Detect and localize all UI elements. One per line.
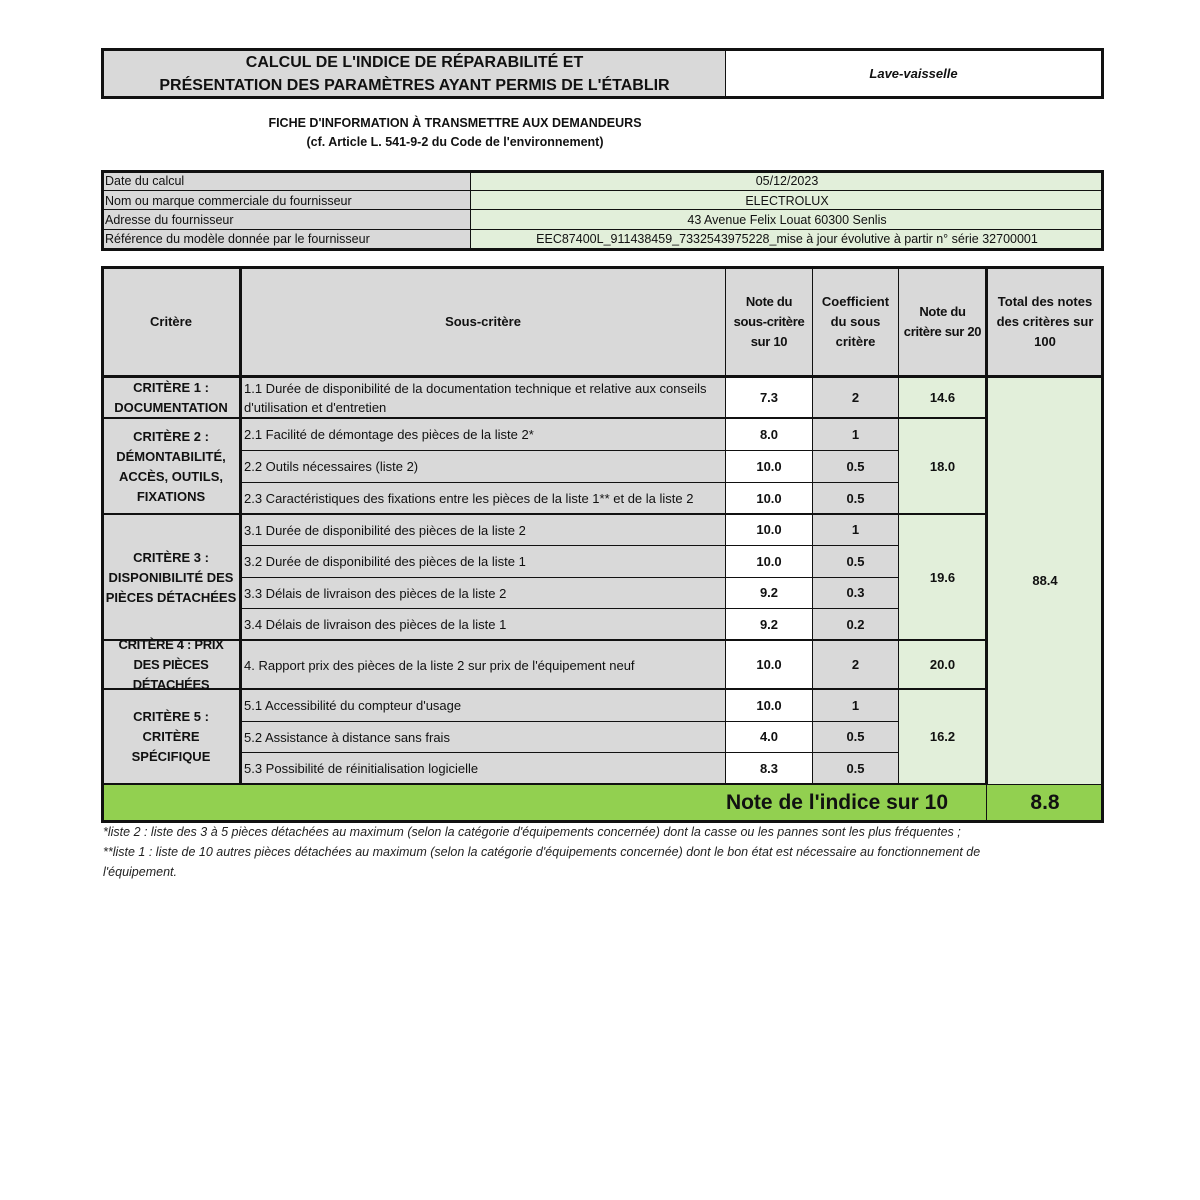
column-separator [239,267,242,822]
sub-criterion-label-text: 4. Rapport prix des pièces de la liste 2… [244,656,635,675]
sub-criterion-label: 3.2 Durée de disponibilité des pièces de… [240,545,726,578]
sub-criterion-score-text: 4.0 [760,727,778,747]
header-note-sous-critere: Note du sous-critère sur 10 [725,267,813,376]
sub-criterion-label-text: 3.3 Délais de livraison des pièces de la… [244,584,506,603]
header-sous-critere-text: Sous-critère [445,312,521,332]
criterion-score-20: 19.6 [898,514,987,641]
info-label-text: Date du calcul [105,171,184,191]
header-total: Total des notes des critères sur 100 [986,267,1104,376]
subtitle-line-2: (cf. Article L. 541-9-2 du Code de l'env… [200,133,710,152]
info-label-text: Adresse du fournisseur [105,210,234,230]
header-note-critere: Note du critère sur 20 [898,267,987,376]
title-line-1: CALCUL DE L'INDICE DE RÉPARABILITÉ ET [246,51,583,74]
sub-criterion-label: 5.1 Accessibilité du compteur d'usage [240,689,726,722]
sub-criterion-coefficient: 2 [812,640,899,690]
sub-criterion-coefficient: 1 [812,418,899,451]
sub-criterion-coefficient: 0.5 [812,752,899,785]
subtitle: FICHE D'INFORMATION À TRANSMETTRE AUX DE… [200,114,710,152]
sub-criterion-coefficient-text: 1 [852,696,859,716]
info-label: Date du calcul [101,171,471,192]
sub-criterion-label-text: 2.2 Outils nécessaires (liste 2) [244,457,418,476]
sub-criterion-score: 10.0 [725,640,813,690]
sub-criterion-coefficient-text: 2 [852,655,859,675]
sub-criterion-coefficient-text: 0.5 [846,489,864,509]
sub-criterion-label-text: 5.1 Accessibilité du compteur d'usage [244,696,461,715]
sub-criterion-label-text: 2.1 Facilité de démontage des pièces de … [244,425,534,444]
info-value: EEC87400L_911438459_7332543975228_mise à… [470,229,1104,250]
info-value: 43 Avenue Felix Louat 60300 Senlis [470,209,1104,230]
sub-criterion-score: 9.2 [725,577,813,609]
info-label: Nom ou marque commerciale du fournisseur [101,190,471,211]
info-label: Référence du modèle donnée par le fourni… [101,229,471,250]
product-type: Lave-vaisselle [725,48,1104,99]
final-score-label: Note de l'indice sur 10 [101,784,987,822]
sub-criterion-coefficient: 0.5 [812,450,899,483]
criterion-4: CRITÈRE 4 : PRIX DES PIÈCES DÉTACHÉES [101,640,241,690]
footnote-liste-1-continued: l'équipement. [103,862,177,882]
sub-criterion-score: 8.0 [725,418,813,451]
total-score-100-text: 88.4 [1032,571,1057,591]
criterion-2-text: CRITÈRE 2 : DÉMONTABILITÉ, ACCÈS, OUTILS… [104,427,238,507]
sub-criterion-label: 3.1 Durée de disponibilité des pièces de… [240,514,726,546]
sub-criterion-label: 3.3 Délais de livraison des pièces de la… [240,577,726,609]
sub-criterion-score-text: 8.0 [760,425,778,445]
criterion-3: CRITÈRE 3 : DISPONIBILITÉ DES PIÈCES DÉT… [101,514,241,641]
sub-criterion-score-text: 10.0 [756,457,781,477]
sub-criterion-coefficient: 0.2 [812,608,899,641]
sub-criterion-coefficient: 0.5 [812,721,899,753]
sub-criterion-score-text: 8.3 [760,759,778,779]
document-title: CALCUL DE L'INDICE DE RÉPARABILITÉ ET PR… [101,48,726,99]
sub-criterion-coefficient-text: 2 [852,388,859,408]
info-value-text: ELECTROLUX [745,191,828,211]
info-label: Adresse du fournisseur [101,209,471,230]
criterion-score-20-text: 18.0 [930,457,955,477]
criterion-score-20: 20.0 [898,640,987,690]
sub-criterion-score: 7.3 [725,376,813,419]
criterion-score-20-text: 19.6 [930,568,955,588]
info-value-text: EEC87400L_911438459_7332543975228_mise à… [536,229,1038,249]
criterion-score-20: 16.2 [898,689,987,785]
sub-criterion-score: 10.0 [725,689,813,722]
sub-criterion-coefficient-text: 1 [852,520,859,540]
sub-criterion-coefficient: 0.5 [812,482,899,515]
sub-criterion-score: 9.2 [725,608,813,641]
sub-criterion-score: 10.0 [725,514,813,546]
info-value: 05/12/2023 [470,171,1104,192]
sub-criterion-score: 10.0 [725,482,813,515]
criterion-5-text: CRITÈRE 5 : CRITÈRE SPÉCIFIQUE [104,707,238,767]
product-type-text: Lave-vaisselle [869,64,957,84]
sub-criterion-label: 3.4 Délais de livraison des pièces de la… [240,608,726,641]
column-separator [985,267,988,822]
info-label-text: Nom ou marque commerciale du fournisseur [105,191,352,211]
sub-criterion-coefficient-text: 0.5 [846,552,864,572]
criterion-1-text: CRITÈRE 1 : DOCUMENTATION [104,378,238,418]
sub-criterion-label: 2.1 Facilité de démontage des pièces de … [240,418,726,451]
sub-criterion-score-text: 9.2 [760,583,778,603]
sub-criterion-coefficient: 2 [812,376,899,419]
criterion-score-20-text: 20.0 [930,655,955,675]
sub-criterion-coefficient: 0.5 [812,545,899,578]
sub-criterion-coefficient-text: 0.3 [846,583,864,603]
sub-criterion-label-text: 1.1 Durée de disponibilité de la documen… [244,379,725,417]
footnote-liste-1: **liste 1 : liste de 10 autres pièces dé… [103,842,980,862]
sub-criterion-coefficient: 0.3 [812,577,899,609]
sub-criterion-score-text: 10.0 [756,696,781,716]
criterion-4-text: CRITÈRE 4 : PRIX DES PIÈCES DÉTACHÉES [104,635,238,695]
sub-criterion-coefficient: 1 [812,689,899,722]
sub-criterion-label-text: 3.1 Durée de disponibilité des pièces de… [244,521,526,540]
criterion-score-20: 18.0 [898,418,987,515]
sub-criterion-label: 5.2 Assistance à distance sans frais [240,721,726,753]
info-value-text: 05/12/2023 [756,171,819,191]
criterion-2: CRITÈRE 2 : DÉMONTABILITÉ, ACCÈS, OUTILS… [101,418,241,515]
sub-criterion-coefficient-text: 0.5 [846,457,864,477]
final-score-label-text: Note de l'indice sur 10 [726,793,948,813]
sub-criterion-label: 2.3 Caractéristiques des fixations entre… [240,482,726,515]
criterion-score-20: 14.6 [898,376,987,419]
footnote-liste-2: *liste 2 : liste des 3 à 5 pièces détach… [103,822,961,842]
sub-criterion-label-text: 3.2 Durée de disponibilité des pièces de… [244,552,526,571]
header-coefficient-text: Coefficient du sous critère [815,292,896,352]
sub-criterion-label: 2.2 Outils nécessaires (liste 2) [240,450,726,483]
sub-criterion-score-text: 7.3 [760,388,778,408]
header-note-sous-critere-text: Note du sous-critère sur 10 [728,292,810,352]
header-critere: Critère [101,267,241,376]
sub-criterion-label-text: 5.2 Assistance à distance sans frais [244,728,450,747]
info-label-text: Référence du modèle donnée par le fourni… [105,229,370,249]
title-line-2: PRÉSENTATION DES PARAMÈTRES AYANT PERMIS… [159,74,669,97]
sub-criterion-coefficient-text: 0.5 [846,727,864,747]
criterion-3-text: CRITÈRE 3 : DISPONIBILITÉ DES PIÈCES DÉT… [104,548,238,608]
sub-criterion-score-text: 10.0 [756,520,781,540]
header-critere-text: Critère [150,312,192,332]
criterion-1: CRITÈRE 1 : DOCUMENTATION [101,376,241,419]
sub-criterion-coefficient-text: 0.2 [846,615,864,635]
sub-criterion-score-text: 10.0 [756,655,781,675]
header-note-critere-text: Note du critère sur 20 [901,302,984,342]
sub-criterion-label: 1.1 Durée de disponibilité de la documen… [240,376,726,419]
sub-criterion-label: 4. Rapport prix des pièces de la liste 2… [240,640,726,690]
header-total-text: Total des notes des critères sur 100 [989,292,1101,352]
sub-criterion-score: 8.3 [725,752,813,785]
sub-criterion-label-text: 2.3 Caractéristiques des fixations entre… [244,489,693,508]
sub-criterion-coefficient-text: 1 [852,425,859,445]
sub-criterion-coefficient: 1 [812,514,899,546]
final-score-value-text: 8.8 [1030,793,1059,813]
sub-criterion-score-text: 10.0 [756,489,781,509]
final-score-value: 8.8 [986,784,1104,822]
info-value: ELECTROLUX [470,190,1104,211]
criterion-score-20-text: 14.6 [930,388,955,408]
criterion-score-20-text: 16.2 [930,727,955,747]
sub-criterion-score: 4.0 [725,721,813,753]
sub-criterion-score-text: 9.2 [760,615,778,635]
sub-criterion-score: 10.0 [725,545,813,578]
sub-criterion-label: 5.3 Possibilité de réinitialisation logi… [240,752,726,785]
sub-criterion-coefficient-text: 0.5 [846,759,864,779]
sub-criterion-label-text: 5.3 Possibilité de réinitialisation logi… [244,759,478,778]
criterion-5: CRITÈRE 5 : CRITÈRE SPÉCIFIQUE [101,689,241,785]
sub-criterion-score: 10.0 [725,450,813,483]
header-coefficient: Coefficient du sous critère [812,267,899,376]
info-value-text: 43 Avenue Felix Louat 60300 Senlis [687,210,886,230]
total-score-100: 88.4 [986,376,1104,785]
header-separator [101,375,1104,378]
header-sous-critere: Sous-critère [240,267,726,376]
subtitle-line-1: FICHE D'INFORMATION À TRANSMETTRE AUX DE… [200,114,710,133]
sub-criterion-score-text: 10.0 [756,552,781,572]
sub-criterion-label-text: 3.4 Délais de livraison des pièces de la… [244,615,506,634]
